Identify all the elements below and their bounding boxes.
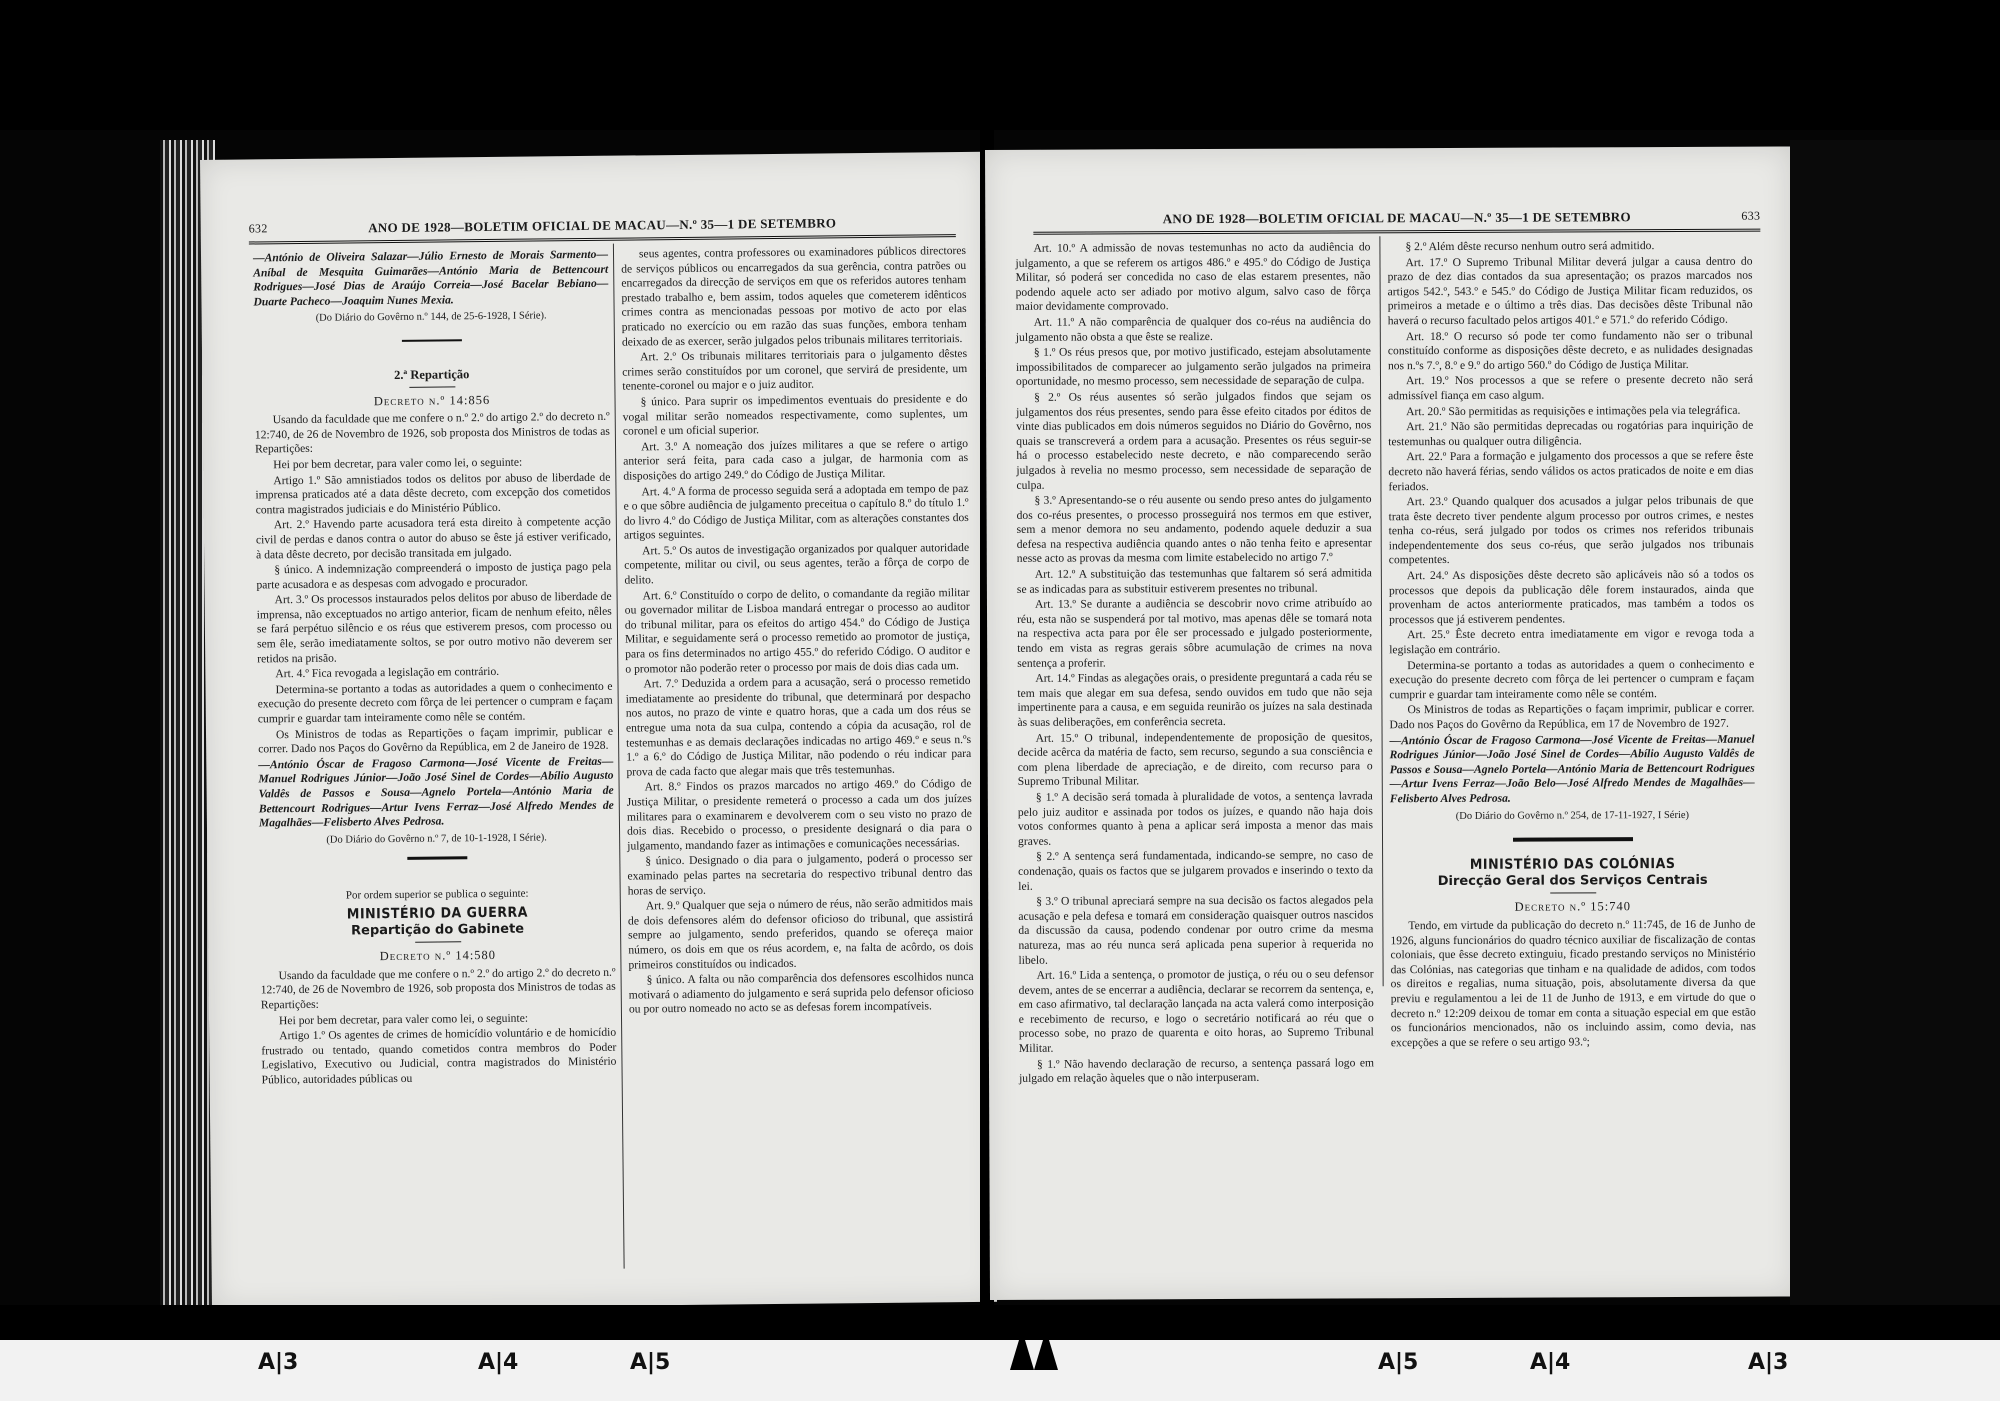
left-page-column-1: —António de Oliveira Salazar—Júlio Ernes… bbox=[253, 248, 617, 1089]
left-page: 632 ANO DE 1928—BOLETIM OFICIAL DE MACAU… bbox=[200, 152, 997, 1310]
ministry-title: MINISTÉRIO DAS COLÓNIAS bbox=[1390, 857, 1755, 873]
paragraph: Determina-se portanto a todas as autorid… bbox=[1389, 657, 1754, 702]
film-notch bbox=[1010, 1330, 1034, 1370]
film-border-right bbox=[1790, 140, 2000, 1310]
sub-ministry-title: Direcção Geral dos Serviços Centrais bbox=[1390, 873, 1755, 889]
decree-body: seus agentes, contra professores ou exam… bbox=[621, 244, 974, 1017]
film-marker: A|4 bbox=[1530, 1350, 1570, 1375]
ministry-title: MINISTÉRIO DA GUERRA bbox=[260, 905, 615, 923]
film-marker: A|4 bbox=[478, 1350, 518, 1375]
decree-body: Tendo, em virtude da publicação do decre… bbox=[1390, 918, 1756, 1051]
paragraph: § 3.º O tribunal apreciará sempre na sua… bbox=[1018, 893, 1373, 968]
paragraph: Art. 5.º Os autos de investigação organi… bbox=[624, 541, 969, 588]
paragraph: Art. 4.º A forma de processo seguida ser… bbox=[623, 481, 969, 543]
paragraph: § 2.º A sentença será fundamentada, indi… bbox=[1018, 849, 1373, 894]
film-border-bottom bbox=[0, 1305, 2000, 1345]
right-page: ANO DE 1928—BOLETIM OFICIAL DE MACAU—N.º… bbox=[985, 146, 1795, 1300]
paragraph: § único. A falta ou não comparência dos … bbox=[629, 970, 974, 1017]
decreto-title: Decreto n.º 14:856 bbox=[254, 391, 609, 409]
paragraph: Art. 2.º Havendo parte acusadora terá es… bbox=[256, 515, 611, 562]
paragraph: § 1.º A decisão será tomada à pluralidad… bbox=[1018, 789, 1373, 849]
decree-body: Art. 10.º A admissão de novas testemunha… bbox=[1015, 240, 1374, 1086]
paragraph: Art. 9.º Qualquer que seja o número de r… bbox=[628, 896, 974, 973]
film-marker-strip: A|3 A|4 A|5 A|5 A|4 A|3 bbox=[0, 1340, 2000, 1401]
film-marker: A|3 bbox=[258, 1350, 298, 1375]
paragraph: Art. 6.º Constituído o corpo de delito, … bbox=[625, 586, 971, 677]
section-title: 2.ª Repartição bbox=[254, 366, 609, 384]
paragraph: Art. 11.º A não comparência de qualquer … bbox=[1016, 314, 1371, 345]
paragraph: Art. 15.º O tribunal, independentemente … bbox=[1018, 730, 1373, 790]
paragraph: Art. 3.º A nomeação dos juízes militares… bbox=[623, 437, 968, 484]
film-notch bbox=[1034, 1330, 1058, 1370]
paragraph: § 3.º Apresentando-se o réu ausente ou s… bbox=[1017, 492, 1372, 567]
decreto-title: Decreto n.º 14:580 bbox=[260, 947, 615, 965]
paragraph: Art. 25.º Êste decreto entra imediatamen… bbox=[1389, 627, 1754, 658]
column-divider bbox=[1379, 236, 1383, 986]
separator bbox=[1513, 837, 1633, 842]
paragraph: Art. 20.º São permitidas as requisições … bbox=[1388, 403, 1753, 419]
paragraph: Usando da faculdade que me confere o n.º… bbox=[255, 410, 610, 457]
order-line: Por ordem superior se publica o seguinte… bbox=[260, 886, 615, 904]
source-citation: (Do Diário do Govêrno n.º 144, de 25-6-1… bbox=[254, 309, 609, 327]
right-page-column-1: Art. 10.º A admissão de novas testemunha… bbox=[1015, 240, 1374, 1087]
running-header: ANO DE 1928—BOLETIM OFICIAL DE MACAU—N.º… bbox=[249, 214, 956, 237]
decree-body: § 2.º Além dêste recurso nenhum outro se… bbox=[1387, 239, 1754, 733]
paragraph: Tendo, em virtude da publicação do decre… bbox=[1390, 918, 1756, 1051]
paragraph: Art. 16.º Lida a sentença, o promotor de… bbox=[1019, 967, 1374, 1056]
paragraph: Art. 21.º Não são permitidas deprecadas … bbox=[1388, 419, 1753, 450]
decreto-title: Decreto n.º 15:740 bbox=[1390, 899, 1755, 915]
film-marker: A|5 bbox=[1378, 1350, 1418, 1375]
paragraph: Art. 13.º Se durante a audiência se desc… bbox=[1017, 597, 1372, 672]
paragraph: Artigo 1.º Os agentes de crimes de homic… bbox=[261, 1026, 617, 1088]
decree-body: Usando da faculdade que me confere o n.º… bbox=[255, 410, 614, 757]
film-border-top bbox=[0, 0, 2000, 130]
paragraph: Art. 7.º Deduzida a ordem para a acusaçã… bbox=[625, 674, 971, 780]
film-marker: A|3 bbox=[1748, 1350, 1788, 1375]
paragraph: Art. 8.º Findos os prazos marcados no ar… bbox=[627, 777, 973, 854]
separator bbox=[1550, 893, 1596, 894]
film-marker: A|5 bbox=[630, 1350, 670, 1375]
paragraph: § único. Designado o dia para o julgamen… bbox=[627, 851, 972, 898]
signatures-block: —António Óscar de Fragoso Carmona—José V… bbox=[258, 755, 614, 832]
paragraph: § único. Para suprir os impedimentos eve… bbox=[622, 392, 967, 439]
signatures-block: —António Óscar de Fragoso Carmona—José V… bbox=[1390, 732, 1755, 807]
paragraph: § 1.º Não havendo declaração de recurso,… bbox=[1019, 1056, 1374, 1087]
right-page-column-2: § 2.º Além dêste recurso nenhum outro se… bbox=[1387, 239, 1756, 1052]
source-citation: (Do Diário do Govêrno n.º 254, de 17-11-… bbox=[1390, 808, 1755, 824]
paragraph: Art. 12.º A substituição das testemunhas… bbox=[1017, 566, 1372, 597]
separator bbox=[407, 857, 467, 861]
paragraph: Art. 22.º Para a formação e julgamento d… bbox=[1388, 449, 1753, 494]
decree-body: Usando da faculdade que me confere o n.º… bbox=[260, 965, 616, 1087]
page-number: 633 bbox=[1741, 209, 1760, 224]
signatures-block: —António de Oliveira Salazar—Júlio Ernes… bbox=[253, 248, 609, 310]
paragraph: Art. 2.º Os tribunais militares territor… bbox=[622, 347, 967, 394]
paragraph: Art. 23.º Quando qualquer dos acusados a… bbox=[1389, 494, 1754, 569]
paragraph: Art. 24.º As disposições dêste decreto s… bbox=[1389, 568, 1754, 628]
paragraph: Art. 18.º O recurso só pode ter como fun… bbox=[1388, 328, 1753, 373]
paragraph: § único. A indemnização compreenderá o i… bbox=[256, 560, 611, 593]
separator bbox=[401, 339, 461, 342]
sub-ministry-title: Repartição do Gabinete bbox=[260, 921, 615, 939]
paragraph: Os Ministros de todas as Repartições o f… bbox=[258, 724, 613, 757]
paragraph: seus agentes, contra professores ou exam… bbox=[621, 244, 967, 350]
left-page-column-2: seus agentes, contra professores ou exam… bbox=[621, 244, 974, 1018]
paragraph: Os Ministros de todas as Repartições o f… bbox=[1389, 702, 1754, 733]
paragraph: Art. 17.º O Supremo Tribunal Militar dev… bbox=[1387, 254, 1752, 329]
paragraph: Art. 3.º Os processos instaurados pelos … bbox=[257, 590, 613, 667]
paragraph: Determina-se portanto a todas as autorid… bbox=[257, 680, 612, 727]
paragraph: § 2.º Além dêste recurso nenhum outro se… bbox=[1387, 239, 1752, 255]
paragraph: Art. 10.º A admissão de novas testemunha… bbox=[1015, 240, 1370, 315]
paragraph: Artigo 1.º São amnistiados todos os deli… bbox=[255, 470, 610, 517]
paragraph: § 1.º Os réus presos que, por motivo jus… bbox=[1016, 344, 1371, 389]
paragraph: Usando da faculdade que me confere o n.º… bbox=[260, 965, 615, 1012]
running-header: ANO DE 1928—BOLETIM OFICIAL DE MACAU—N.º… bbox=[1033, 209, 1760, 228]
paragraph: § 2.º Os réus ausentes só serão julgados… bbox=[1016, 389, 1371, 493]
paragraph: Art. 14.º Findas as alegações orais, o p… bbox=[1017, 671, 1372, 731]
paragraph: Art. 19.º Nos processos a que se refere … bbox=[1388, 373, 1753, 404]
separator bbox=[415, 941, 461, 942]
separator bbox=[409, 386, 455, 387]
source-citation: (Do Diário do Govêrno n.º 7, de 10-1-192… bbox=[259, 830, 614, 848]
